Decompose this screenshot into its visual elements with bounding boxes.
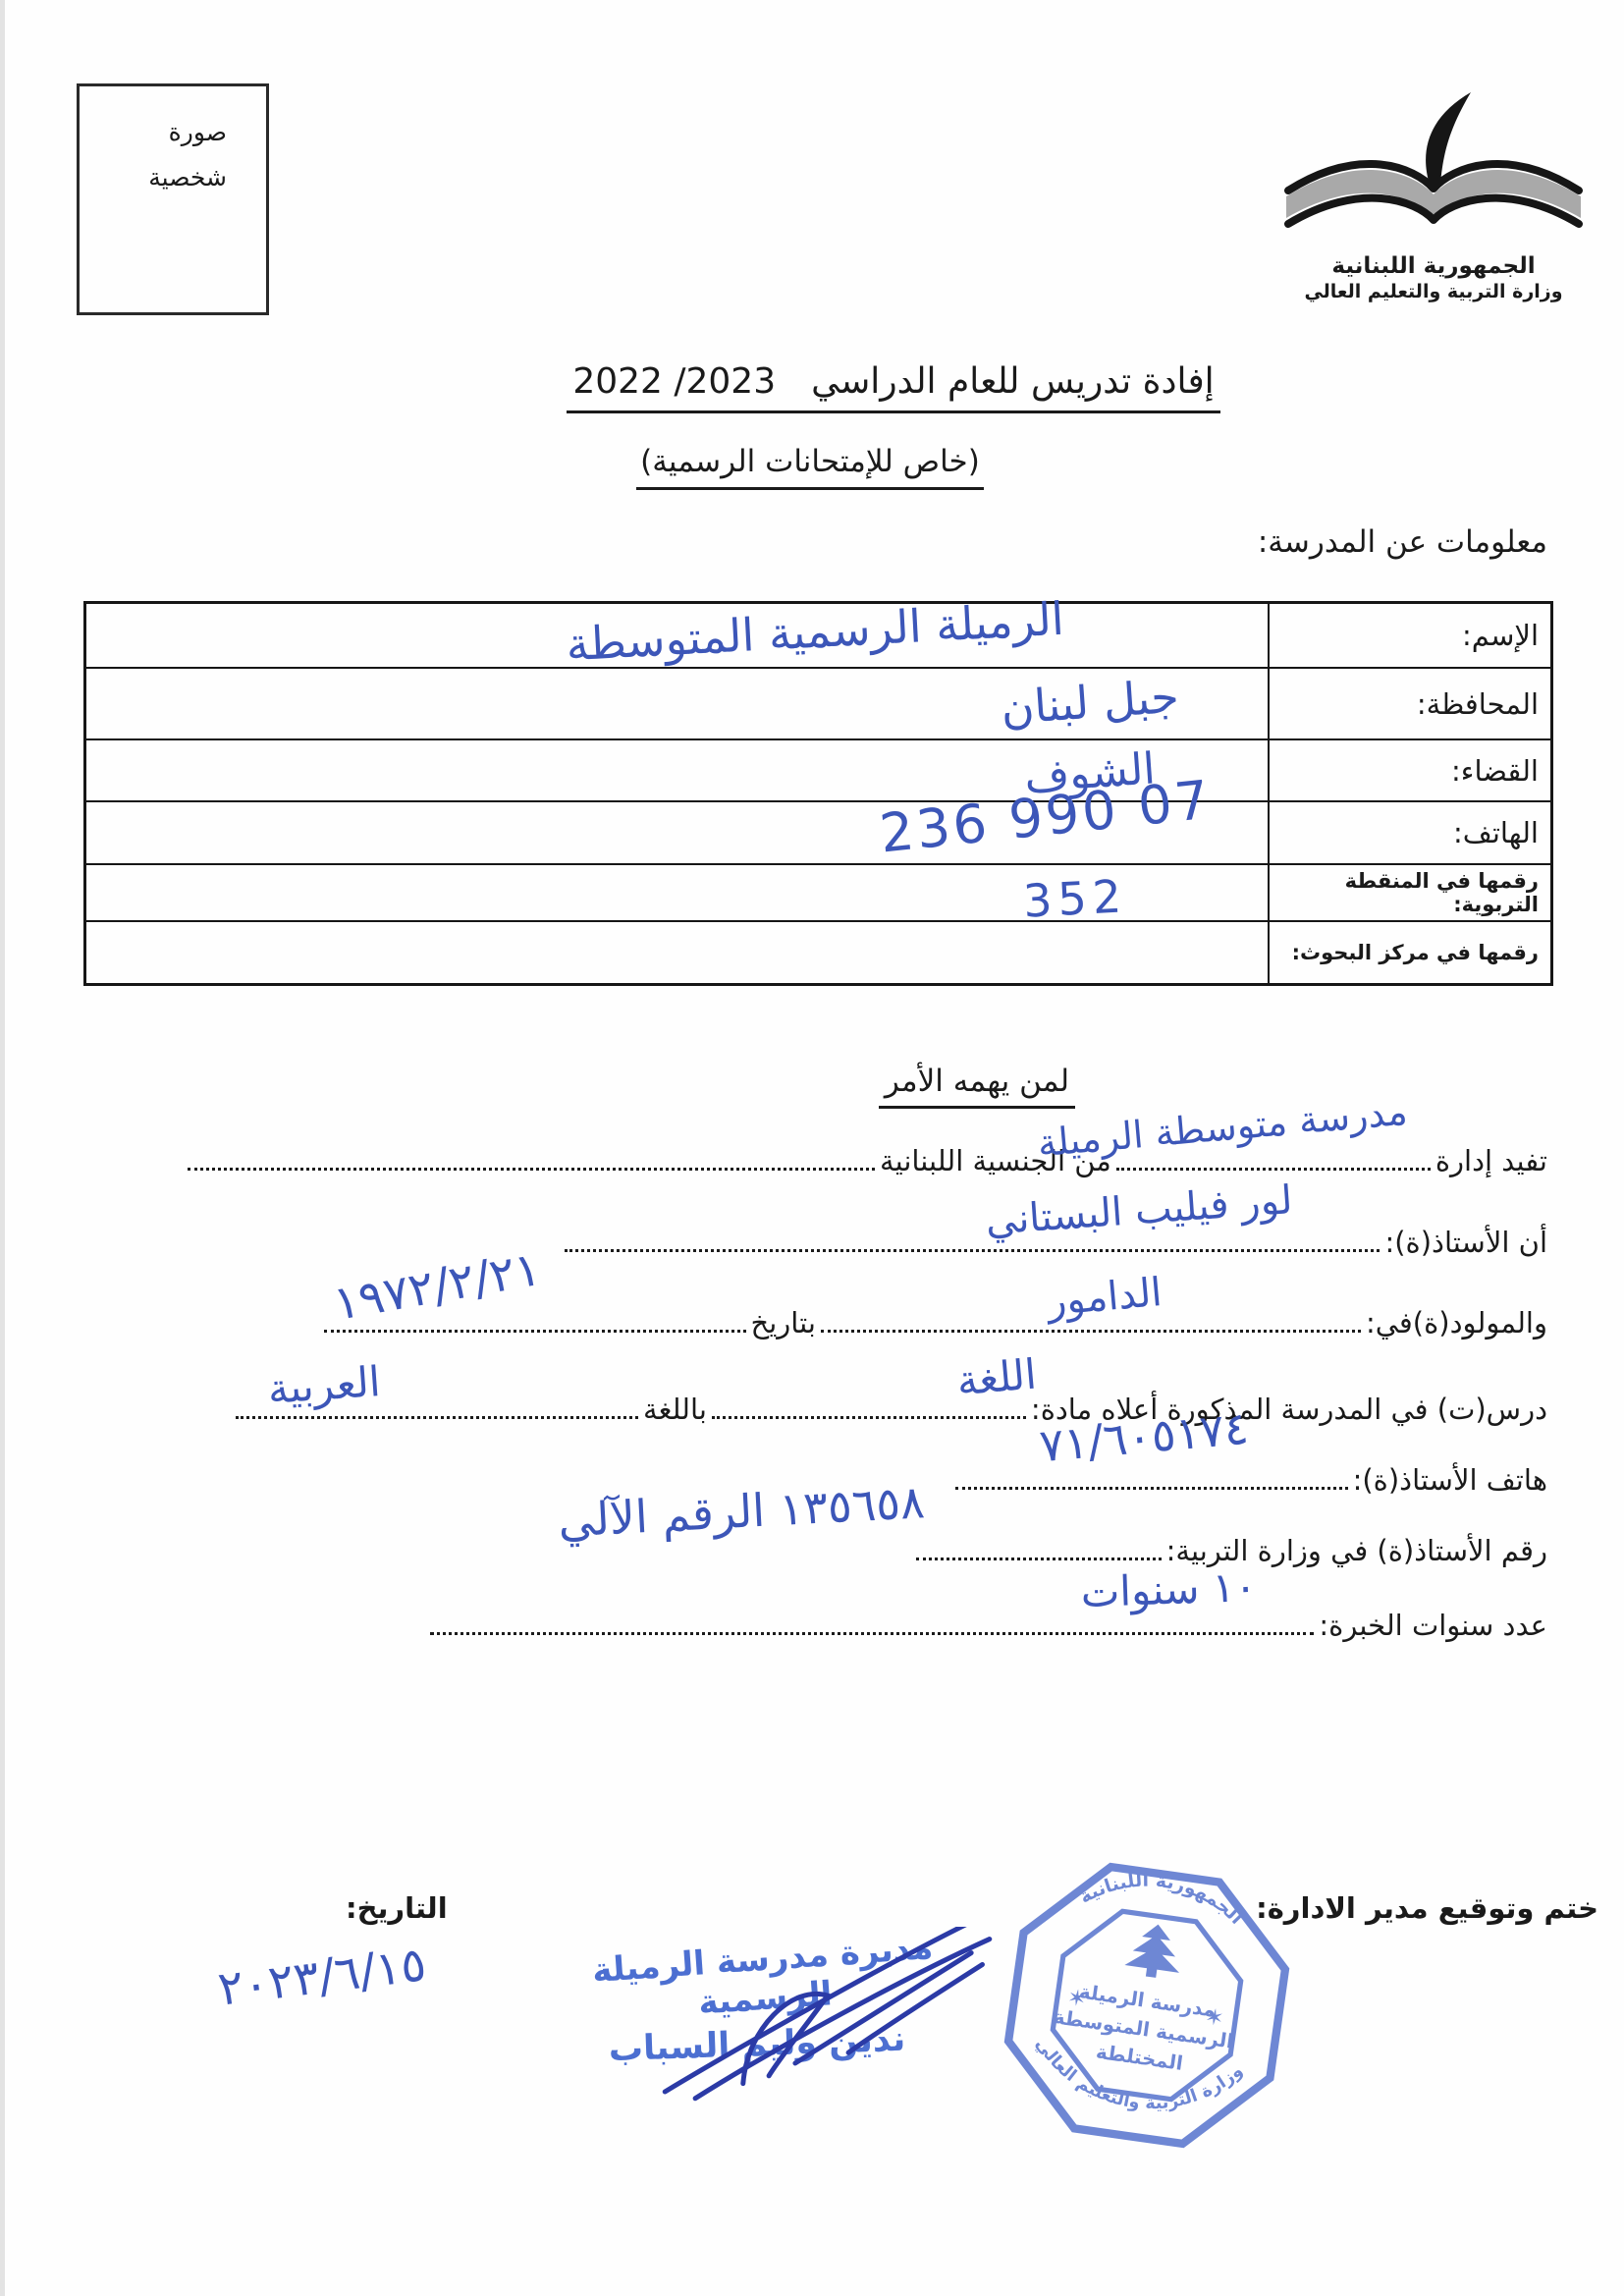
ministry-logo-ministry-text: وزارة التربية والتعليم العالي — [1262, 281, 1605, 302]
handwriting-date: ٢٠٢٣/٦/١٥ — [153, 1929, 491, 2024]
table-row: رقمها في مركز البحوث: — [86, 922, 1550, 983]
line7-prefix: عدد سنوات الخبرة: — [1319, 1609, 1547, 1642]
dotted-line — [916, 1552, 1162, 1560]
letter-line-teacher-name: أن الأستاذ(ة): — [126, 1226, 1547, 1259]
table-label-district: القضاء: — [1268, 740, 1550, 800]
line1-prefix: تفيد إدارة — [1435, 1144, 1547, 1177]
photo-box-line1: صورة — [80, 110, 227, 155]
table-label-governorate: المحافظة: — [1268, 669, 1550, 738]
ministry-logo-republic-text: الجمهورية اللبنانية — [1262, 253, 1605, 279]
signature-scribble — [643, 1927, 1016, 2104]
dotted-line — [430, 1626, 1314, 1635]
cedar-tree-icon — [1123, 1921, 1185, 1981]
dotted-line — [712, 1410, 1026, 1419]
line5-prefix: هاتف الأستاذ(ة): — [1353, 1463, 1547, 1497]
dotted-line — [324, 1324, 746, 1333]
table-row: الهاتف: — [86, 802, 1550, 865]
letter-line-administration: تفيد إدارةمن الجنسية اللبنانية — [126, 1144, 1547, 1177]
document-title-wrap: إفادة تدريس للعام الدراسي 2022 /2023 — [530, 361, 1257, 413]
dotted-line — [821, 1324, 1361, 1333]
table-row: المحافظة: — [86, 669, 1550, 740]
school-info-heading: معلومات عن المدرسة: — [1258, 524, 1547, 560]
table-label-research-number: رقمها في مركز البحوث: — [1268, 922, 1550, 983]
photo-placeholder-box: صورة شخصية — [77, 83, 269, 315]
table-row: القضاء: — [86, 740, 1550, 802]
document-title-text: إفادة تدريس للعام الدراسي — [811, 361, 1215, 402]
photo-box-line2: شخصية — [80, 155, 227, 200]
document-title-years: 2022 /2023 — [572, 361, 776, 402]
table-label-name: الإسم: — [1268, 604, 1550, 667]
line2-prefix: أن الأستاذ(ة): — [1384, 1226, 1547, 1259]
ministry-logo-block: الجمهورية اللبنانية وزارة التربية والتعل… — [1262, 90, 1605, 302]
dotted-line — [188, 1162, 875, 1171]
line4-mid: باللغة — [643, 1393, 707, 1426]
letter-heading: لمن يهمه الأمر — [879, 1064, 1075, 1109]
table-label-phone: الهاتف: — [1268, 802, 1550, 863]
date-label: التاريخ: — [346, 1891, 448, 1925]
document-page: صورة شخصية الجمهورية اللبنانية وزارة الت… — [0, 0, 1624, 2296]
school-info-table: الإسم: المحافظة: القضاء: الهاتف: رقمها ف… — [83, 601, 1553, 986]
document-subtitle-wrap: (خاص للإمتحانات الرسمية) — [609, 444, 1011, 490]
dotted-line — [236, 1410, 638, 1419]
line6-prefix: رقم الأستاذ(ة) في وزارة التربية: — [1166, 1534, 1547, 1567]
table-value-cell — [86, 922, 1268, 983]
school-octagon-stamp: ✶ ✶ مدرسة الرميلة الرسمية المتوسطة المخت… — [974, 1832, 1320, 2178]
letter-heading-wrap: لمن يهمه الأمر — [785, 1064, 1168, 1109]
table-row: رقمها في المنقطة التربوية: — [86, 865, 1550, 922]
stamp-school-line3: المختلطة — [1095, 2041, 1184, 2075]
line3-prefix: والمولود(ة)في: — [1366, 1306, 1547, 1339]
open-book-logo-icon — [1267, 90, 1600, 247]
document-title: إفادة تدريس للعام الدراسي 2022 /2023 — [567, 361, 1219, 413]
document-subtitle: (خاص للإمتحانات الرسمية) — [636, 444, 984, 490]
handwriting-zone-number: 352 — [971, 867, 1180, 931]
table-label-zone-number: رقمها في المنقطة التربوية: — [1268, 865, 1550, 920]
dotted-line — [1116, 1162, 1431, 1171]
scan-edge-shadow — [0, 0, 5, 2296]
line3-mid: بتاريخ — [751, 1306, 816, 1339]
